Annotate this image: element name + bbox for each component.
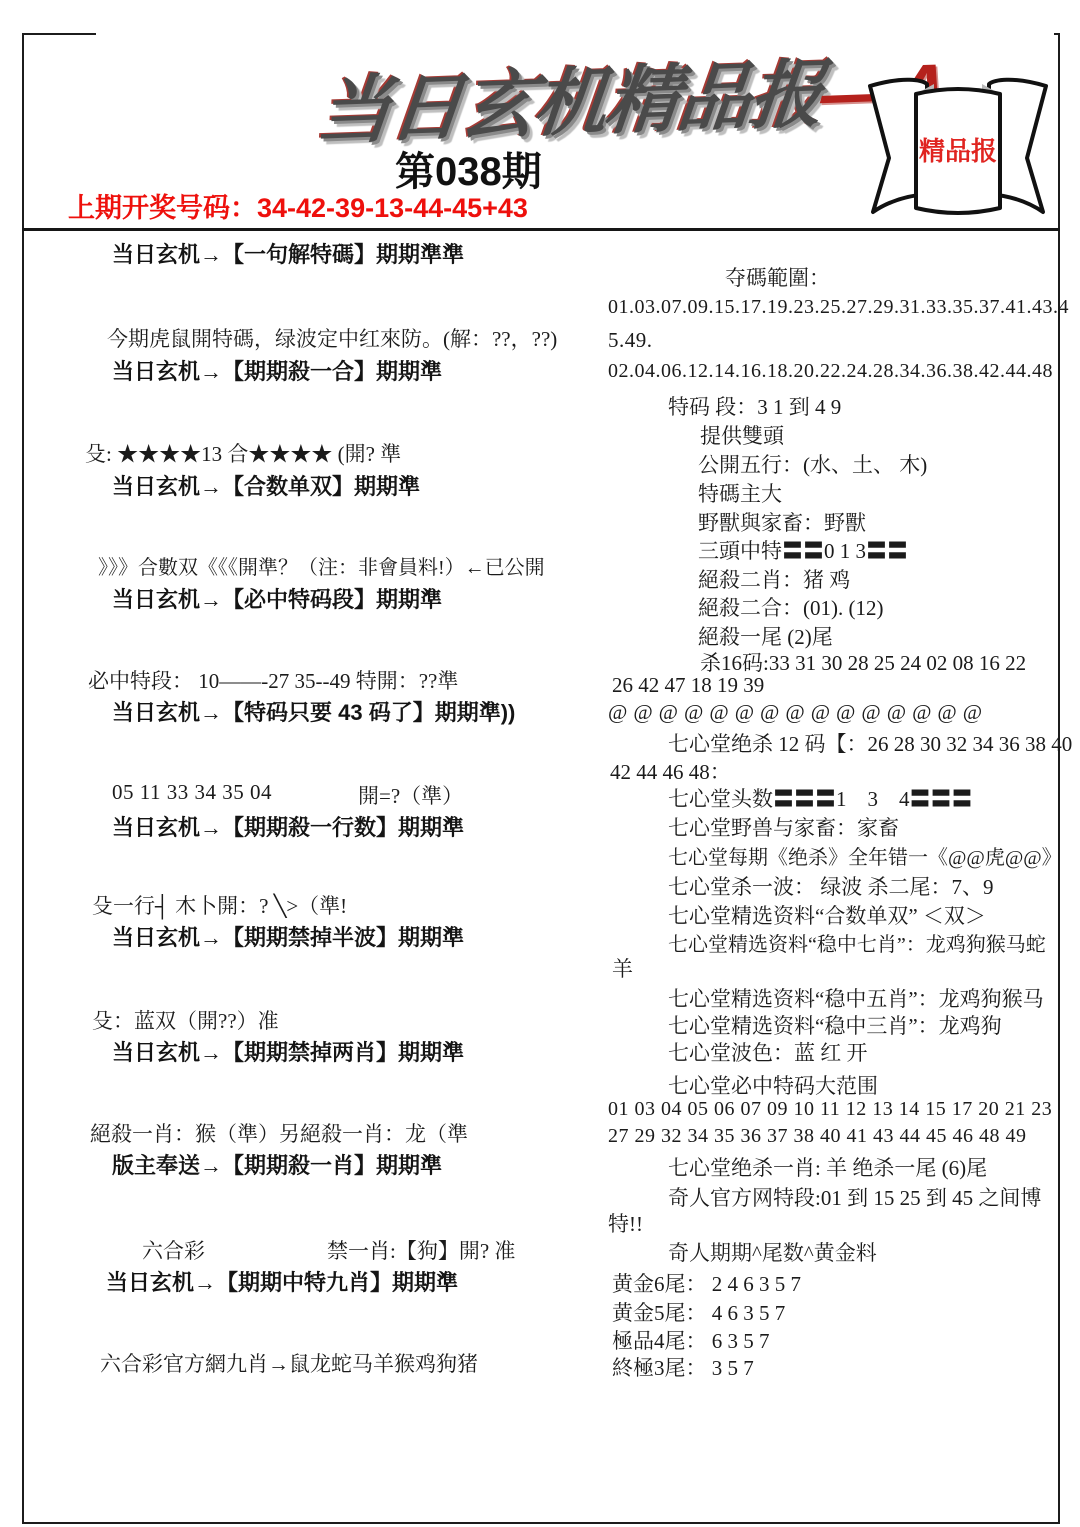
left-col-line: 当日玄机→【期期殺一合】期期準 (112, 355, 442, 386)
right-col-line: 01 03 04 05 06 07 09 10 11 12 13 14 15 1… (608, 1098, 1052, 1121)
right-col-line: 提供雙頭 (700, 420, 784, 450)
left-col-line: 殳一行┤ 木卜開：? ╲>（準! (92, 890, 347, 920)
left-col-line: 六合彩官方網九肖→鼠龙蛇马羊猴鸡狗猪 (100, 1348, 478, 1378)
right-col-line: 七心堂必中特码大范围 (668, 1070, 878, 1100)
right-col-line: 七心堂精选资料“合数单双” ＜双＞ (668, 900, 986, 930)
right-col-line: 奇人官方网特段:01 到 15 25 到 45 之间博 (668, 1182, 1041, 1212)
right-col-line: 夺碼範圍： (725, 262, 830, 292)
right-col-line: 野獸與家畜：野獸 (698, 507, 866, 537)
right-col-line: 02.04.06.12.14.16.18.20.22.24.28.34.36.3… (608, 360, 1053, 383)
right-col-line: 特!! (608, 1208, 643, 1238)
right-col-line: 羊 (612, 953, 633, 983)
right-col-line: 七心堂每期《绝杀》全年错一《@@虎@@》 (668, 841, 1062, 870)
page-title-text: 当日玄机精品报 (313, 52, 826, 153)
right-col-line: 絕殺二肖：猪 鸡 (698, 564, 850, 594)
left-col-line: 版主奉送→【期期殺一肖】期期準 (112, 1149, 442, 1180)
right-col-line: 特码 段：3 1 到 4 9 (668, 391, 841, 421)
left-col-line: 05 11 33 34 35 04 (112, 780, 272, 805)
ribbon-badge-icon: 精品报 (860, 72, 1056, 222)
left-col-line: 殳: ★★★★13 合★★★★ (開? 準 (85, 438, 401, 468)
left-col-line: 当日玄机→【特码只要 43 码了】期期準)) (112, 696, 515, 727)
right-col-line: 七心堂精选资料“稳中七肖”：龙鸡狗猴马蛇 (668, 928, 1046, 957)
left-col-line: 》》》合數双《《《開準？（注：非會員料!）←已公開 (98, 551, 545, 580)
header-divider (22, 228, 1060, 231)
golden-tail-line: 黄金6尾： 2 4 6 3 5 7 (612, 1268, 801, 1298)
badge-label: 精品报 (919, 136, 997, 166)
right-col-line: 七心堂精选资料“稳中五肖”：龙鸡狗猴马 (668, 983, 1044, 1013)
scan-page: 当日玄机精品报—A 第038期 上期开奖号码：34-42-39-13-44-45… (0, 0, 1080, 1527)
left-col-line: 当日玄机→【一句解特碼】期期準準 (112, 238, 464, 269)
left-col-line: 殳：蓝双（開??）准 (92, 1005, 279, 1035)
right-col-line: 七心堂绝杀一肖: 羊 绝杀一尾 (6)尾 (668, 1152, 987, 1182)
right-col-line: 絕殺二合：(01). (12) (698, 592, 883, 622)
right-col-line: 公開五行：(水、土、 木) (698, 449, 927, 479)
last-draw-numbers: 上期开奖号码：34-42-39-13-44-45+43 (68, 186, 528, 225)
golden-tail-line: 終極3尾： 3 5 7 (612, 1352, 754, 1382)
right-col-line: 特碼主大 (698, 478, 782, 508)
right-col-line: 三頭中特〓〓0 1 3〓〓 (698, 535, 908, 565)
ban-zodiac-label: 禁一肖:【狗】開? 准 (327, 1235, 515, 1265)
left-col-line: 今期虎鼠開特碼，绿波定中红來防。(解：??，??) (107, 323, 557, 353)
left-col-line: 開=?（準） (358, 780, 463, 810)
right-col-line: 奇人期期^尾数^黄金料 (668, 1237, 877, 1267)
left-col-line: 必中特段： 10——-27 35--49 特開：??準 (88, 665, 458, 695)
left-col-line: 当日玄机→【期期禁掉半波】期期準 (112, 921, 464, 952)
right-col-line: 七心堂精选资料“稳中三肖”：龙鸡狗 (668, 1010, 1002, 1040)
right-col-line: 七心堂头数〓〓〓1 3 4〓〓〓 (668, 783, 973, 813)
right-col-line: 七心堂杀一波： 绿波 杀二尾：7、9 (668, 871, 994, 901)
right-col-line: 42 44 46 48： (610, 756, 731, 786)
left-col-line: 絕殺一肖：猴（準）另絕殺一肖：龙（準 (90, 1118, 468, 1148)
golden-tail-line: 極品4尾： 6 3 5 7 (612, 1325, 770, 1355)
right-col-line: 七心堂野兽与家畜：家畜 (668, 812, 899, 842)
right-col-line: 七心堂波色：蓝 红 开 (668, 1037, 868, 1067)
lottery-type-label: 六合彩 (142, 1235, 205, 1265)
left-col-line: 当日玄机→【期期禁掉两肖】期期準 (112, 1036, 464, 1067)
left-col-line: 当日玄机→【必中特码段】期期準 (112, 583, 442, 614)
right-col-line: 5.49. (608, 328, 653, 353)
right-col-line: 27 29 32 34 35 36 37 38 40 41 43 44 45 4… (608, 1125, 1027, 1148)
right-col-line: 01.03.07.09.15.17.19.23.25.27.29.31.33.3… (608, 296, 1069, 319)
left-col-line: 当日玄机→【期期殺一行数】期期準 (112, 811, 464, 842)
right-col-line: @@@@@@@@@@@@@@@ (608, 700, 988, 725)
left-col-line: 当日玄机→【期期中特九肖】期期準 (106, 1266, 458, 1297)
right-col-line: 七心堂绝杀 12 码【：26 28 30 32 34 36 38 40 (668, 728, 1072, 758)
right-col-line: 26 42 47 18 19 39 (612, 673, 764, 698)
left-col-line: 当日玄机→【合数单双】期期準 (112, 470, 420, 501)
golden-tail-line: 黄金5尾： 4 6 3 5 7 (612, 1297, 785, 1327)
